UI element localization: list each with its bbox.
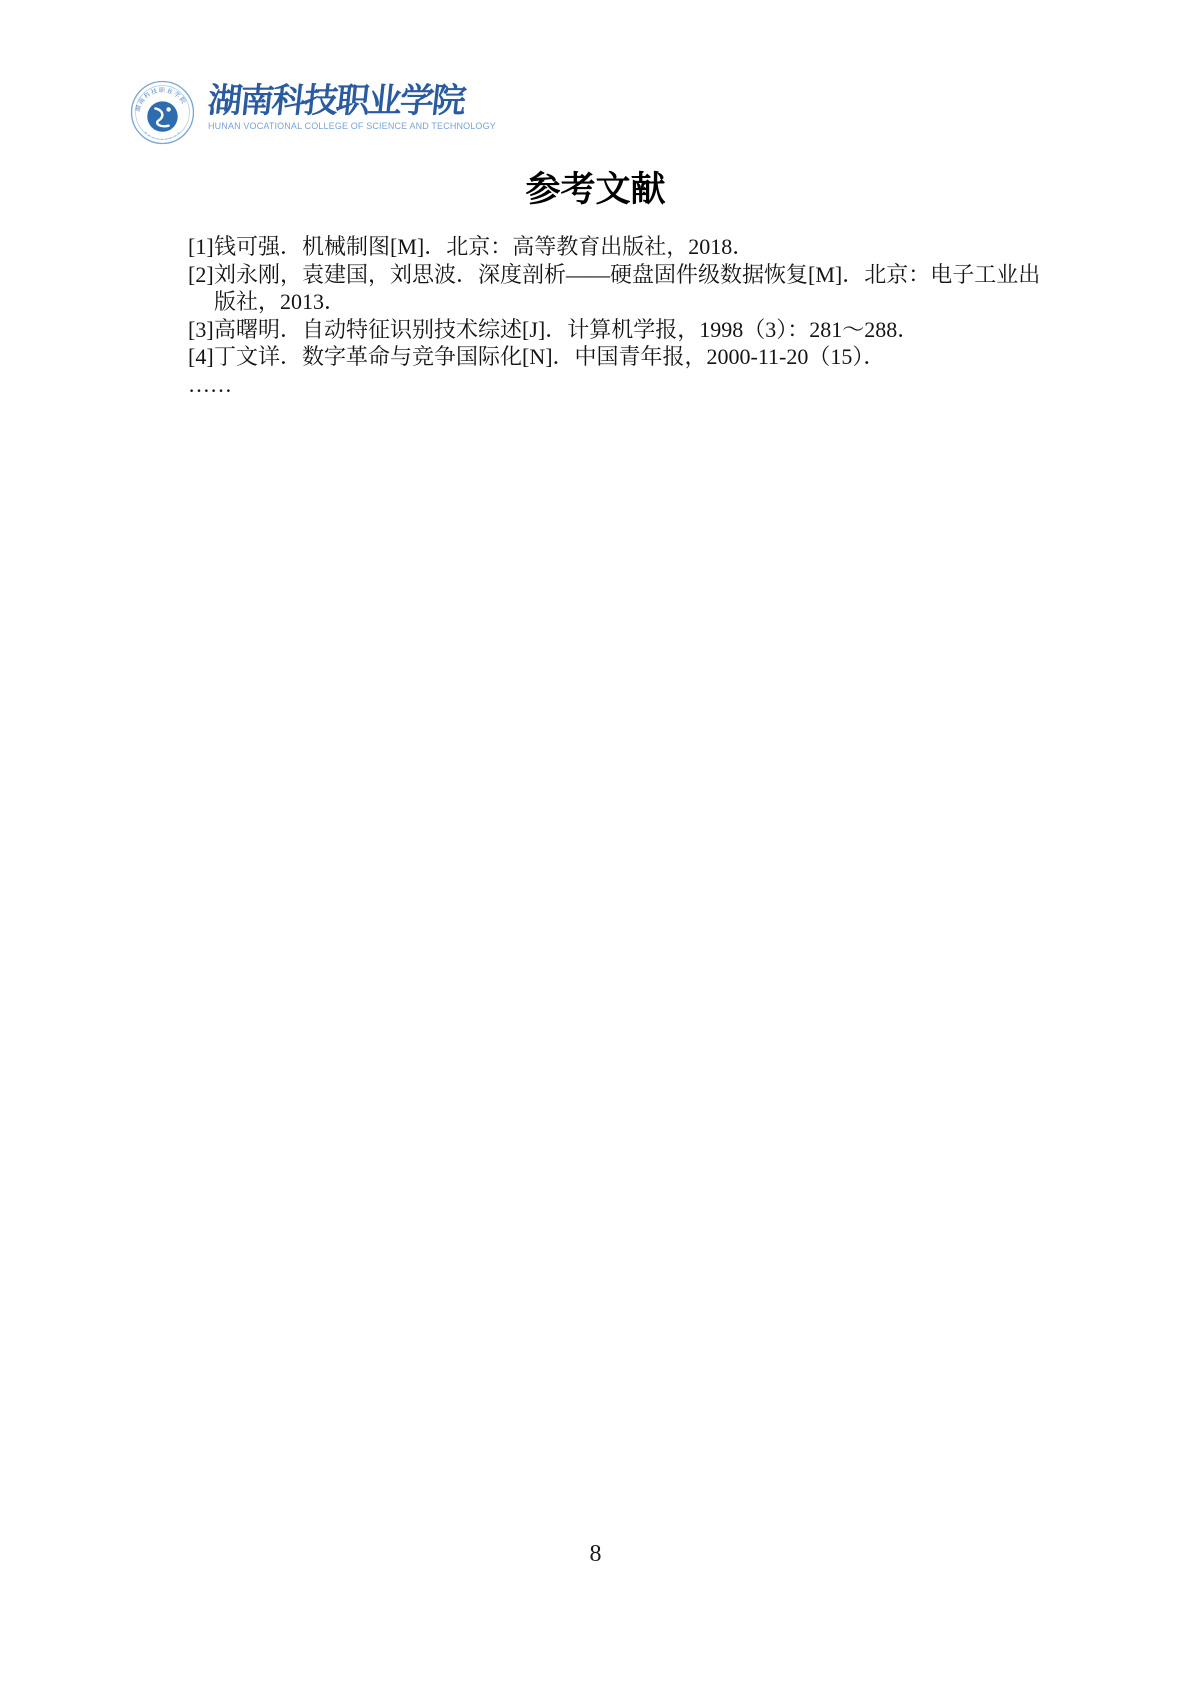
document-page: 湖南科技职业学院 湖南科技职业学院 HUNAN VOCATIONAL COLLE… [0, 0, 1191, 1684]
reference-number: [3] [188, 316, 214, 344]
reference-list: [1] 钱可强．机械制图[M]．北京：高等教育出版社，2018． [2] 刘永刚… [188, 233, 1046, 399]
school-logo-text: 湖南科技职业学院 HUNAN VOCATIONAL COLLEGE OF SCI… [208, 80, 496, 131]
reference-entry: [4] 丁文详．数字革命与竞争国际化[N]．中国青年报，2000-11-20（1… [188, 343, 1046, 371]
reference-entry: [3] 高曙明．自动特征识别技术综述[J]．计算机学报，1998（3）：281～… [188, 316, 1046, 344]
reference-text: 刘永刚，袁建国，刘思波．深度剖析——硬盘固件级数据恢复[M]．北京：电子工业出版… [214, 261, 1046, 316]
school-logo: 湖南科技职业学院 湖南科技职业学院 HUNAN VOCATIONAL COLLE… [130, 80, 496, 145]
reference-ellipsis: …… [188, 371, 1046, 399]
reference-number: [1] [188, 233, 214, 261]
reference-number: [4] [188, 343, 214, 371]
reference-number: [2] [188, 261, 214, 316]
school-name-english: HUNAN VOCATIONAL COLLEGE OF SCIENCE AND … [208, 121, 496, 131]
page-title: 参考文献 [0, 170, 1191, 210]
reference-entry: [2] 刘永刚，袁建国，刘思波．深度剖析——硬盘固件级数据恢复[M]．北京：电子… [188, 261, 1046, 316]
school-seal-icon: 湖南科技职业学院 [130, 80, 195, 145]
reference-text: 高曙明．自动特征识别技术综述[J]．计算机学报，1998（3）：281～288． [214, 316, 1046, 344]
reference-entry: [1] 钱可强．机械制图[M]．北京：高等教育出版社，2018． [188, 233, 1046, 261]
reference-text: 钱可强．机械制图[M]．北京：高等教育出版社，2018． [214, 233, 1046, 261]
school-seal-graphic: 湖南科技职业学院 [130, 80, 195, 145]
reference-text: 丁文详．数字革命与竞争国际化[N]．中国青年报，2000-11-20（15）． [214, 343, 1046, 371]
school-name-chinese: 湖南科技职业学院 [206, 83, 498, 119]
page-number: 8 [0, 1541, 1191, 1568]
